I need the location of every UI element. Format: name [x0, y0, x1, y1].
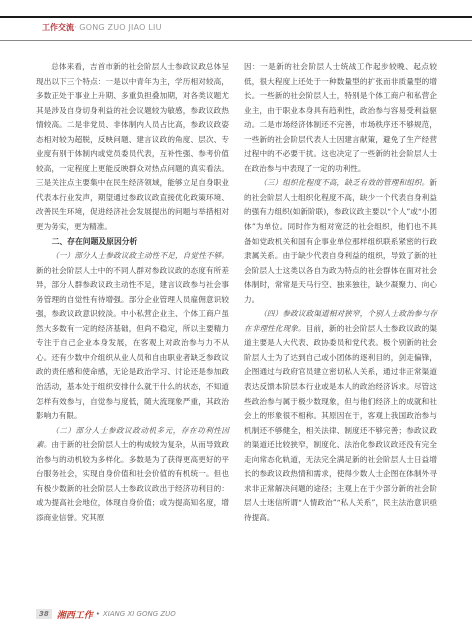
- paragraph-issue-2-continued: 因：一是新的社会阶层人士统战工作起步较晚、起点较低，很大程度上还处于一种数量型的…: [244, 60, 437, 176]
- page-number: 38: [36, 609, 52, 619]
- left-column: 总体来看，吉首市新的社会阶层人士参政议政总体呈现出以下三个特点：一是以中青年为主…: [36, 60, 229, 526]
- body-issue-2: 由于新的社会阶层人士的构成较为复杂，从而导致政治参与的动机较为多样化。多数是为了…: [36, 440, 229, 522]
- body-issue-3: 新的社会阶层人士组织化程度不高，缺少一个代表自身利益的强有力组织(如新阶联)，参…: [244, 178, 437, 303]
- paragraph-issue-4: （四）参政议政渠道相对狭窄，个别人士政治参与存在非理性化现象。目前，新的社会阶层…: [244, 307, 437, 525]
- subheading-issue-3: （三）组织化程度不高，缺乏有效的管理和组织。: [259, 178, 429, 187]
- magazine-name-en: XIANG XI GONG ZUO: [103, 610, 176, 618]
- paragraph-overview: 总体来看，吉首市新的社会阶层人士参政议政总体呈现出以下三个特点：一是以中青年为主…: [36, 60, 229, 235]
- page-footer: 38 湘西工作 • XIANG XI GONG ZUO: [36, 607, 176, 621]
- running-header: 工作交流· GONG ZUO JIAO LIU: [42, 22, 162, 34]
- header-rule: [0, 40, 472, 41]
- magazine-logo: 湘西工作: [57, 608, 93, 621]
- paragraph-issue-3: （三）组织化程度不高，缺乏有效的管理和组织。新的社会阶层人士组织化程度不高，缺少…: [244, 176, 437, 307]
- paragraph-issue-2: （二）部分人士参政议政动机多元，存在功利性因素。由于新的社会阶层人士的构成较为复…: [36, 424, 229, 526]
- paragraph-issue-1: （一）部分人士参政议政主动性不足，自觉性不够。新的社会阶层人士中的不同人群对参政…: [36, 249, 229, 424]
- subheading-issue-1: （一）部分人士参政议政主动性不足，自觉性不够。: [51, 251, 229, 260]
- section-title-en: GONG ZUO JIAO LIU: [79, 23, 161, 32]
- body-issue-4: 目前，新的社会阶层人士参政议政的渠道主要是人大代表、政协委员和党代表。极个别新的…: [244, 324, 437, 522]
- section-heading-problems: 二、存在问题及原因分析: [36, 235, 229, 250]
- header-separator: ·: [74, 23, 77, 32]
- section-title-cn: 工作交流: [42, 23, 74, 32]
- right-column: 因：一是新的社会阶层人士统战工作起步较晚、起点较低，很大程度上还处于一种数量型的…: [244, 60, 437, 526]
- footer-separator: •: [96, 610, 100, 618]
- body-issue-1: 新的社会阶层人士中的不同人群对参政议政的态度有所差异，部分人群参政议政主动性不足…: [36, 266, 229, 420]
- top-rule: [0, 16, 472, 18]
